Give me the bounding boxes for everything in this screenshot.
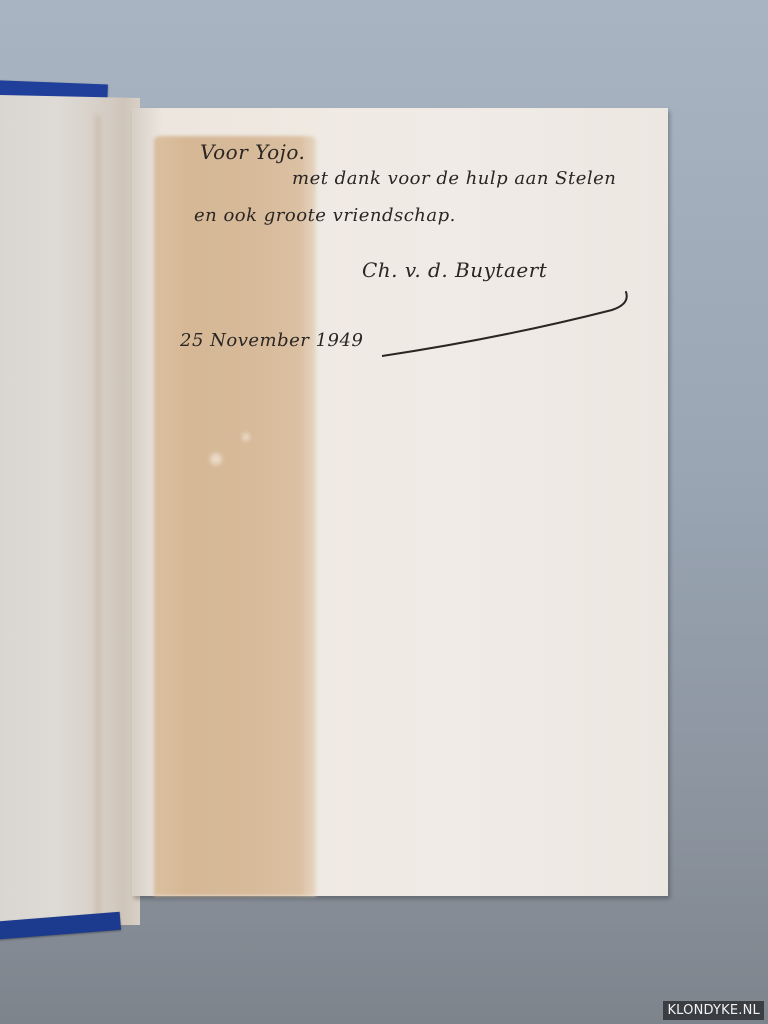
- stain-spot: [242, 433, 250, 441]
- flyleaf-page: Voor Yojo. met dank voor de hulp aan Ste…: [132, 108, 668, 896]
- photo-scene: Voor Yojo. met dank voor de hulp aan Ste…: [0, 0, 768, 1024]
- inscription-line-1: Voor Yojo.: [200, 140, 305, 164]
- page-stain: [154, 136, 316, 896]
- signature: Ch. v. d. Buytaert: [362, 258, 547, 282]
- stain-spot: [210, 453, 222, 465]
- inscription-line-2: met dank voor de hulp aan Stelen: [292, 168, 616, 189]
- pastedown-page: [0, 95, 140, 925]
- signature-flourish-icon: [382, 288, 632, 358]
- gutter-shadow: [132, 108, 162, 896]
- inscription-date: 25 November 1949: [180, 330, 363, 351]
- watermark: KLONDYKE.NL: [663, 1001, 764, 1020]
- inscription-line-3: en ook groote vriendschap.: [194, 205, 456, 226]
